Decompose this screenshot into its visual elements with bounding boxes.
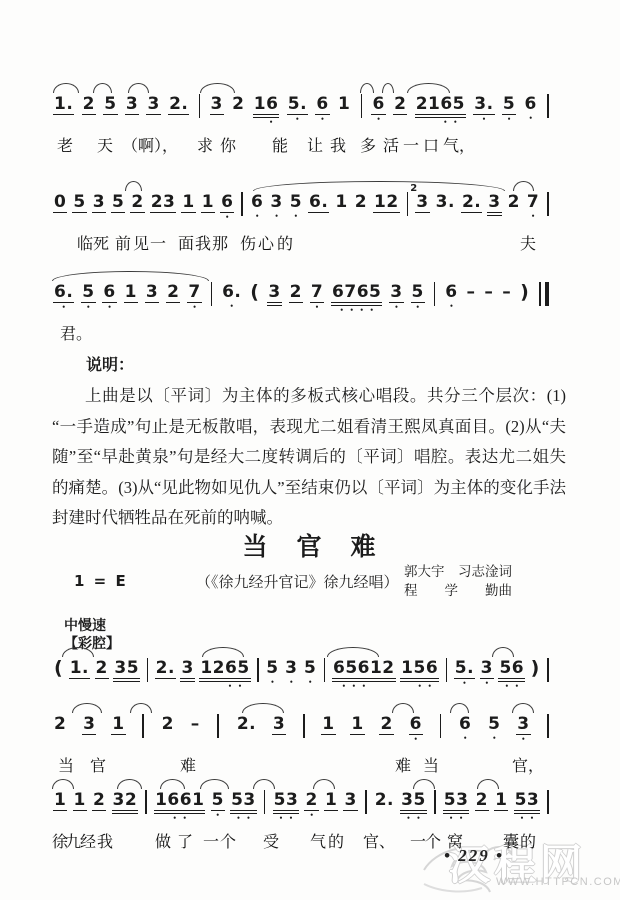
lyric-syllable: 气， xyxy=(443,133,475,156)
bar-line xyxy=(440,714,442,738)
note-token: 1 xyxy=(181,192,195,213)
bar-line xyxy=(145,790,147,814)
slur-arc xyxy=(253,779,275,789)
octave-dots: ••• xyxy=(339,683,389,690)
note-token: 3 xyxy=(343,790,357,811)
note-token: 3 xyxy=(180,658,194,682)
lyric-syllable: 受 xyxy=(263,829,279,852)
note-token: 3 xyxy=(272,714,286,735)
note-token: 5 xyxy=(111,192,125,213)
slur-arc xyxy=(52,779,74,789)
note-token: 65612••• xyxy=(332,658,396,690)
lyric-syllable: 九 xyxy=(65,829,81,852)
bar-line xyxy=(324,658,326,682)
notes-row: 112321661••5•53••53••2•132.35••53••2153•… xyxy=(52,790,552,824)
explanation-heading: 说明： xyxy=(86,352,566,375)
note-token: 5• xyxy=(303,658,317,686)
bar-line xyxy=(407,192,409,216)
key-signature: 1 = E xyxy=(74,572,128,590)
bar-line xyxy=(303,714,305,738)
lyric-syllable: 个 xyxy=(425,829,441,852)
note-token: 2 xyxy=(166,282,180,303)
lyric-syllable: 能 xyxy=(272,133,288,156)
octave-dots: •• xyxy=(517,815,537,822)
octave-dots: • xyxy=(312,304,322,311)
slur-arc xyxy=(53,83,79,93)
note-token: 7• xyxy=(310,282,324,311)
note-token: 53•• xyxy=(273,790,300,822)
note-token: 6765•••• xyxy=(331,282,382,314)
bar-line xyxy=(257,658,259,682)
slur-arc xyxy=(72,703,102,713)
note-token: 5• xyxy=(211,790,225,819)
slur-arc xyxy=(407,83,450,93)
note-token: 3• xyxy=(516,714,530,743)
octave-dots: • xyxy=(482,680,492,687)
octave-dots: • xyxy=(459,680,469,687)
note-token: 2 xyxy=(289,282,303,303)
note-token: 2 xyxy=(92,790,106,811)
note-token: 6• xyxy=(371,94,385,123)
note-token: 3 xyxy=(125,94,139,115)
note-token: 2 xyxy=(95,658,109,679)
parenthesis: ) xyxy=(530,658,541,678)
note-token: 35•• xyxy=(400,790,427,822)
slur-arcs xyxy=(52,703,552,713)
note-token: 6.• xyxy=(53,282,74,311)
note-token: 2 xyxy=(475,790,489,811)
note-token: 6.• xyxy=(221,282,242,310)
lyric-syllable: 一 xyxy=(150,231,166,254)
octave-dots: •• xyxy=(160,815,200,822)
slur-arc xyxy=(512,703,534,713)
lyrics-row: 老天（啊），求你能让我多活一口气， xyxy=(52,133,552,155)
lyric-syllable: 见 xyxy=(133,231,149,254)
octave-dots: • xyxy=(518,736,528,743)
octave-dots: • xyxy=(105,304,115,311)
lyric-syllable: （啊）， xyxy=(122,133,178,156)
note-token: 56•• xyxy=(498,658,525,690)
bar-line xyxy=(217,714,219,738)
note-token: 2. xyxy=(168,94,189,115)
note-token: 6• xyxy=(102,282,116,311)
note-token: 1 xyxy=(124,282,138,303)
page-number: • 229 • xyxy=(444,846,504,866)
octave-dots: • xyxy=(391,304,401,311)
lyric-syllable: 的 xyxy=(520,829,536,852)
slur-arc xyxy=(125,181,142,191)
octave-dots: • xyxy=(307,812,317,819)
slur-arc xyxy=(313,779,335,789)
note-token: 3.• xyxy=(473,94,494,123)
slur-arc xyxy=(160,779,185,789)
note-token: 2 xyxy=(354,192,368,212)
note-token: 2. xyxy=(461,192,482,213)
note-token: 5• xyxy=(502,94,516,123)
bar-line xyxy=(434,282,436,306)
lyric-syllable: 的 xyxy=(328,829,344,852)
note-token: – xyxy=(483,282,494,302)
note-token: 2. xyxy=(155,658,176,679)
lyric-syllable: 死 xyxy=(93,231,109,254)
note-token: 156•• xyxy=(400,658,439,690)
octave-dots: • xyxy=(213,812,223,819)
octave-dots: •• xyxy=(276,815,296,822)
slur-arc xyxy=(327,647,379,657)
music-line-1: 1.25332.3216•5.•6•16•22165••3.•5•6•老天（啊）… xyxy=(52,94,552,155)
note-token: 2 xyxy=(130,192,144,213)
lyric-syllable: 我 xyxy=(97,829,113,852)
octave-dots: • xyxy=(317,116,327,123)
note-token: 1 xyxy=(321,714,335,735)
bar-line xyxy=(547,94,549,118)
octave-dots: • xyxy=(413,304,423,311)
note-token: 2165•• xyxy=(415,94,466,126)
lyric-syllable: 经 xyxy=(80,829,96,852)
lyric-syllable: 夫 xyxy=(520,231,536,254)
note-token: 16• xyxy=(253,94,280,126)
lyrics-row: 临死前见一面我那伤心的夫 xyxy=(52,231,552,253)
bar-line xyxy=(211,282,213,306)
notes-row: 6.•5•6•1327•6.•(327•6765••••3•5•6•–––) xyxy=(52,282,552,316)
note-token: 6• xyxy=(315,94,329,123)
bar-line xyxy=(142,714,144,738)
song-subtitle: （《徐九经升官记》徐九经唱） xyxy=(196,571,399,592)
slur-arcs xyxy=(52,647,552,657)
lyric-syllable: 那 xyxy=(212,231,228,254)
note-token: 2. xyxy=(374,790,395,810)
bar-line xyxy=(361,94,363,118)
bar-line xyxy=(547,192,549,216)
lyric-syllable: 一 xyxy=(203,829,219,852)
lyric-syllable: 天 xyxy=(97,133,113,156)
lyric-syllable: 官， xyxy=(512,753,544,776)
slur-arc xyxy=(117,779,142,789)
grace-note: 2 xyxy=(410,183,417,194)
bar-line xyxy=(365,790,367,814)
octave-dots: •• xyxy=(233,815,253,822)
bar-line xyxy=(199,94,201,118)
note-token: 0 xyxy=(53,192,67,213)
note-token: 1 xyxy=(350,714,364,735)
lyric-syllable: 让 xyxy=(307,133,323,156)
note-token: 53•• xyxy=(514,790,541,822)
octave-dots: • xyxy=(292,116,302,123)
song-title: 当 官 难 xyxy=(0,527,620,563)
lyric-syllable: 一 xyxy=(403,133,419,156)
note-token: 5• xyxy=(289,192,303,220)
note-token: 3. xyxy=(435,192,456,212)
music-line-5: 2312–2.31126•6•5•3•当官难难当官， xyxy=(52,714,552,775)
note-token: 2. xyxy=(236,714,257,734)
note-token: 53•• xyxy=(443,790,470,822)
music-line-3: 6.•5•6•1327•6.•(327•6765••••3•5•6•–––)君。 xyxy=(52,282,552,343)
score-page: 1.25332.3216•5.•6•16•22165••3.•5•6•老天（啊）… xyxy=(0,0,620,900)
final-bar-line xyxy=(536,282,552,306)
note-token: 3 xyxy=(145,282,159,303)
slur-arc xyxy=(392,703,414,713)
note-token: 2 xyxy=(379,714,393,735)
note-token: 3• xyxy=(284,658,298,686)
slur-arc xyxy=(477,779,499,789)
lyric-syllable: 了 xyxy=(177,829,193,852)
octave-dots: • xyxy=(489,735,499,742)
slur-arc xyxy=(513,181,534,191)
note-token: 1 xyxy=(324,790,338,811)
octave-dots: • xyxy=(272,213,282,220)
octave-dots: • xyxy=(528,213,538,220)
lyric-syllable: 我 xyxy=(195,231,211,254)
note-token: 3 xyxy=(210,94,224,115)
note-token: 1 xyxy=(494,790,508,811)
note-token: 3 xyxy=(92,192,106,213)
bar-line xyxy=(241,192,243,216)
octave-dots: • xyxy=(252,213,262,220)
lyric-syllable: 你 xyxy=(220,133,236,156)
octave-dots: • xyxy=(374,116,384,123)
lyrics-row: 君。 xyxy=(52,321,552,343)
slur-arc xyxy=(200,779,229,789)
note-token: 1 xyxy=(111,714,125,735)
lyric-syllable: 囊 xyxy=(503,829,519,852)
octave-dots: • xyxy=(222,214,232,221)
lyrics-row: 当官难难当官， xyxy=(52,753,552,775)
octave-dots: • xyxy=(267,679,277,686)
note-token: 6• xyxy=(444,282,458,310)
slur-arc xyxy=(450,703,469,713)
bar-line xyxy=(264,790,266,814)
octave-dots: • xyxy=(504,116,514,123)
note-token: 5• xyxy=(265,658,279,686)
note-token: 3 xyxy=(487,192,501,216)
slur-arc xyxy=(128,83,149,93)
lyric-syllable: 君。 xyxy=(60,321,92,344)
octave-dots: • xyxy=(291,213,301,220)
note-token: 32 xyxy=(112,790,139,814)
slur-arc xyxy=(413,779,435,789)
slur-arcs xyxy=(52,181,552,191)
bar-line xyxy=(547,790,549,814)
tempo-marking: 中慢速 xyxy=(64,615,106,635)
notes-row: (1.2352.31265••5•3•5•65612•••156••5.•3•5… xyxy=(52,658,552,692)
note-token: 1. xyxy=(69,658,90,679)
note-token: 1 xyxy=(53,790,67,811)
note-token: 6. xyxy=(308,192,329,213)
lyric-syllable: 当 xyxy=(58,753,74,776)
explanation-line: 的痛楚。(3)从“见此物如见仇人”至结束仍以〔平词〕为主体的变化手法表达 xyxy=(52,473,566,504)
lyric-syllable: 活 xyxy=(383,133,399,156)
note-token: 2 xyxy=(161,714,175,734)
note-token: 3• xyxy=(480,658,494,687)
note-token: 2 xyxy=(53,714,67,734)
octave-dots: • xyxy=(305,679,315,686)
bar-line xyxy=(539,282,541,306)
octave-dots: •• xyxy=(502,683,522,690)
note-token: 5• xyxy=(487,714,501,742)
note-token: 1 xyxy=(337,94,351,114)
lyric-syllable: 老 xyxy=(57,133,73,156)
note-token: – xyxy=(465,282,476,302)
slur-arcs xyxy=(52,271,552,281)
lyric-syllable: 口 xyxy=(423,133,439,156)
lyric-syllable: 求 xyxy=(197,133,213,156)
slur-arc xyxy=(360,83,374,93)
bar-line xyxy=(446,658,448,682)
note-token: 6• xyxy=(220,192,234,221)
explanation-block: 说明： 上曲是以〔平词〕为主体的多板式核心唱段。共分三个层次：(1)从第一至“一… xyxy=(52,352,566,534)
note-token: 2 xyxy=(393,94,407,115)
slur-arc xyxy=(130,703,152,713)
bar-line xyxy=(147,658,149,682)
octave-dots: • xyxy=(190,304,200,311)
lyric-syllable: 一 xyxy=(410,829,426,852)
octave-dots: •••• xyxy=(337,307,377,314)
lyric-syllable: 前 xyxy=(115,231,131,254)
lyric-syllable: 当 xyxy=(423,753,439,776)
lyric-syllable: 官 xyxy=(90,753,106,776)
watermark-url: WWW.HTTPCN.COM xyxy=(496,876,620,888)
slur-arc xyxy=(253,181,505,191)
note-token: 5• xyxy=(411,282,425,311)
octave-dots: • xyxy=(411,736,421,743)
octave-dots: • xyxy=(479,116,489,123)
note-token: 53•• xyxy=(230,790,257,822)
note-token: 1 xyxy=(73,790,87,811)
note-token: 2• xyxy=(304,790,318,819)
note-token: 7• xyxy=(187,282,201,311)
note-token: 2 xyxy=(231,94,245,114)
note-token: 1661•• xyxy=(154,790,205,822)
lyric-syllable: 难 xyxy=(395,753,411,776)
octave-dots: •• xyxy=(404,815,424,822)
credits: 郭大宇 习志淦词 程 学 勤曲 xyxy=(404,562,512,600)
notes-row: 0535223116•6•3•5•6.1212233.2.327• xyxy=(52,192,552,226)
octave-dots: • xyxy=(446,303,456,310)
explanation-line: “一手造成”句止是无板散唱，表现尤二姐看清王熙凤真面目。(2)从“夫唱妇 xyxy=(52,412,566,443)
lyric-syllable: 伤 xyxy=(240,231,256,254)
slur-arc xyxy=(93,83,112,93)
note-token: 6• xyxy=(524,94,538,122)
explanation-line: 上曲是以〔平词〕为主体的多板式核心唱段。共分三个层次：(1)从第一至 xyxy=(52,381,566,412)
note-token: – xyxy=(501,282,512,302)
lyric-syllable: 多 xyxy=(360,133,376,156)
notes-row: 2312–2.31126•6•5•3• xyxy=(52,714,552,748)
note-token: 3• xyxy=(269,192,283,220)
music-line-2: 0535223116•6•3•5•6.1212233.2.327•临死前见一面我… xyxy=(52,192,552,253)
slur-arcs xyxy=(52,779,552,789)
lyric-syllable: 的 xyxy=(277,231,293,254)
octave-dots: • xyxy=(286,679,296,686)
slur-arc xyxy=(202,647,244,657)
note-token: 35 xyxy=(113,658,140,682)
note-token: 5• xyxy=(81,282,95,311)
octave-dots: •• xyxy=(446,815,466,822)
notes-row: 1.25332.3216•5.•6•16•22165••3.•5•6• xyxy=(52,94,552,128)
octave-dots: •• xyxy=(420,119,460,126)
note-token: 5.• xyxy=(287,94,308,123)
note-token: 1 xyxy=(334,192,348,212)
octave-dots: • xyxy=(227,303,237,310)
bar-line xyxy=(547,714,549,738)
note-token: 5 xyxy=(72,192,86,213)
note-token: 3 xyxy=(267,282,281,306)
octave-dots: • xyxy=(83,304,93,311)
octave-dots: • xyxy=(59,304,69,311)
music-line-6: 112321661••5•53••53••2•132.35••53••2153•… xyxy=(52,790,552,851)
lyric-syllable: 面 xyxy=(178,231,194,254)
note-token: 6• xyxy=(458,714,472,742)
bar-line xyxy=(545,282,549,306)
octave-dots: • xyxy=(526,115,536,122)
slur-arc xyxy=(382,83,394,93)
lyric-syllable: 我 xyxy=(330,133,346,156)
note-token: 1265•• xyxy=(199,658,250,690)
octave-dots: • xyxy=(256,119,276,126)
note-token: 23 xyxy=(415,192,429,213)
octave-dots: • xyxy=(460,735,470,742)
bar-line xyxy=(434,790,436,814)
lyric-syllable: 气 xyxy=(310,829,326,852)
note-token: 5 xyxy=(103,94,117,115)
note-token: 1 xyxy=(201,192,215,213)
slur-arc xyxy=(200,83,235,93)
note-token: 5.• xyxy=(454,658,475,687)
parenthesis: ) xyxy=(519,282,530,302)
note-token: 12 xyxy=(373,192,400,213)
slur-arcs xyxy=(52,83,552,93)
note-token: 6• xyxy=(409,714,423,743)
note-token: 3 xyxy=(146,94,160,115)
lyric-syllable: 临 xyxy=(77,231,93,254)
lyric-syllable: 官、 xyxy=(363,829,395,852)
lyric-syllable: 做 xyxy=(155,829,171,852)
lyric-syllable: 难 xyxy=(180,753,196,776)
bar-line xyxy=(547,658,549,682)
explanation-line: 随”至“早赴黄泉”句是经大二度转调后的〔平词〕唱腔。表达尤二姐失夫别子 xyxy=(52,442,566,473)
credit-composer: 程 学 勤曲 xyxy=(404,581,512,600)
octave-dots: •• xyxy=(205,683,245,690)
note-token: 2 xyxy=(507,192,521,212)
note-token: – xyxy=(190,714,201,734)
lyric-syllable: 个 xyxy=(220,829,236,852)
slur-arc xyxy=(62,647,94,657)
slur-arc xyxy=(492,647,514,657)
note-token: 23 xyxy=(150,192,177,213)
slur-arc xyxy=(242,703,284,713)
note-token: 2 xyxy=(82,94,96,115)
octave-dots: •• xyxy=(405,683,435,690)
note-token: 3 xyxy=(82,714,96,735)
note-token: 3• xyxy=(389,282,403,311)
parenthesis: ( xyxy=(53,658,64,678)
credit-lyricists: 郭大宇 习志淦词 xyxy=(404,562,512,581)
parenthesis: ( xyxy=(249,282,260,302)
slur-arc xyxy=(52,271,209,281)
note-token: 1. xyxy=(53,94,74,115)
explanation-text: 上曲是以〔平词〕为主体的多板式核心唱段。共分三个层次：(1)从第一至“一手造成”… xyxy=(52,381,566,534)
note-token: 6• xyxy=(250,192,264,220)
note-token: 7• xyxy=(526,192,540,220)
lyric-syllable: 心 xyxy=(258,231,274,254)
